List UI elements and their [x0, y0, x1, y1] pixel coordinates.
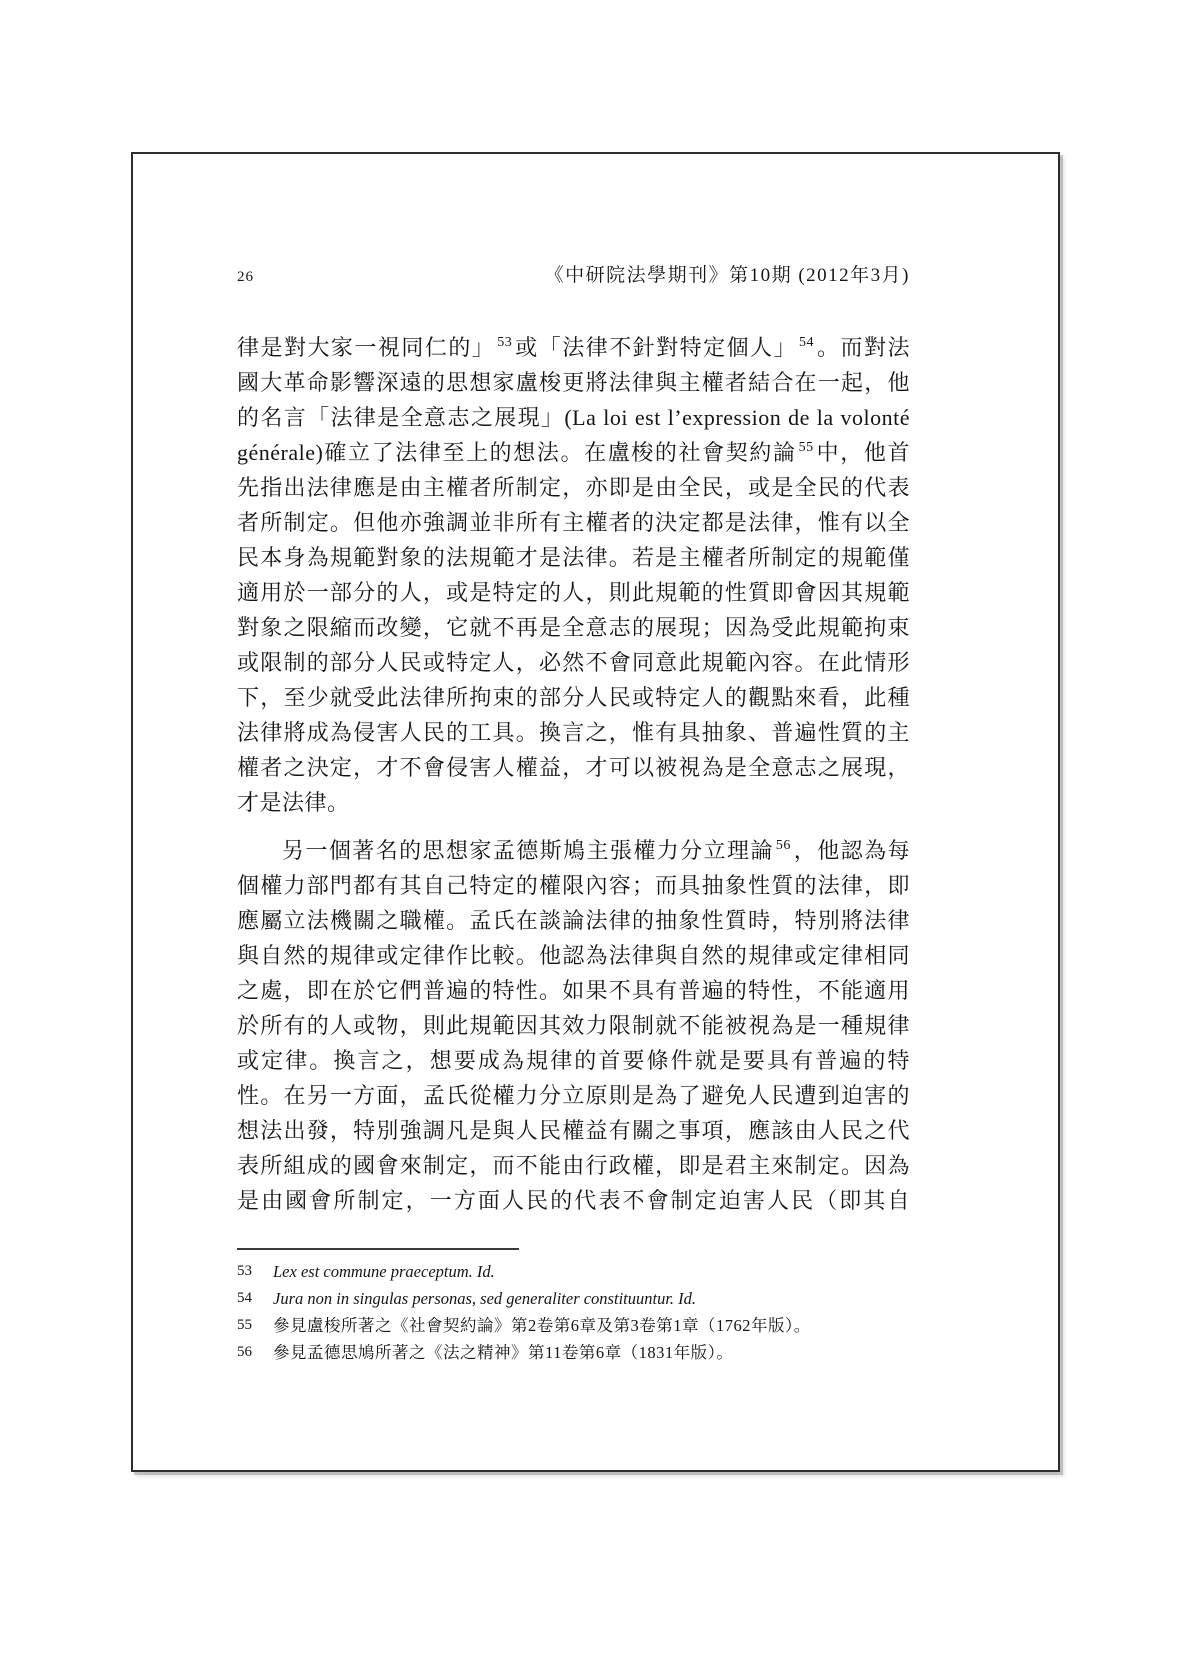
paragraph: 律是對大家一視同仁的」53或「法律不針對特定個人」54。而對法國大革命影響深遠的… [237, 330, 910, 820]
body-line: 表所組成的國會來制定，而不能由行政權，即是君主來制定。因為 [237, 1148, 910, 1183]
body-line: 是由國會所制定，一方面人民的代表不會制定迫害人民（即其自 [237, 1183, 910, 1218]
body-text-segment: 對象之限縮而改變，它就不再是全意志的展現；因為受此規範拘束 [237, 615, 910, 640]
body-text-segment: 民本身為規範對象的法規範才是法律。若是主權者所制定的規範僅 [237, 545, 910, 570]
body-text-segment: 表所組成的國會來制定，而不能由行政權，即是君主來制定。因為 [237, 1153, 910, 1178]
body-text-segment: 。而對法 [816, 335, 910, 360]
body-line: 適用於一部分的人，或是特定的人，則此規範的性質即會因其規範 [237, 575, 910, 610]
body-line: 者所制定。但他亦強調並非所有主權者的決定都是法律，惟有以全 [237, 505, 910, 540]
body-text-segment: 另一個著名的思想家孟德斯鳩主張權力分立理論 [282, 838, 774, 863]
body-line: 應屬立法機關之職權。孟氏在談論法律的抽象性質時，特別將法律 [237, 903, 910, 938]
body-text-segment: 先指出法律應是由主權者所制定，亦即是由全民，或是全民的代表 [237, 475, 910, 500]
body-text-segment: générale)確立了法律至上的想法。在盧梭的社會契約論 [237, 440, 797, 465]
footnote-number: 56 [237, 1339, 273, 1366]
footnote-text: 參見盧梭所著之《社會契約論》第2卷第6章及第3卷第1章（1762年版）。 [273, 1312, 927, 1339]
body-text-segment: 於所有的人或物，則此規範因其效力限制就不能被視為是一種規律 [237, 1013, 910, 1038]
footnote-ref: 56 [774, 838, 793, 853]
body-line: 才是法律。 [237, 785, 910, 820]
body-line: 性。在另一方面，孟氏從權力分立原則是為了避免人民遭到迫害的 [237, 1078, 910, 1113]
body-line: 另一個著名的思想家孟德斯鳩主張權力分立理論56，他認為每 [237, 833, 910, 868]
body-text-segment: 是由國會所制定，一方面人民的代表不會制定迫害人民（即其自 [237, 1188, 910, 1213]
body-text-segment: 與自然的規律或定律作比較。他認為法律與自然的規律或定律相同 [237, 943, 910, 968]
footnote-list: 53Lex est commune praeceptum. Id.54Jura … [237, 1258, 927, 1366]
page: 26 《中研院法學期刊》第10期 (2012年3月) 律是對大家一視同仁的」53… [131, 152, 1060, 1472]
body-text-segment: 律是對大家一視同仁的」 [237, 335, 495, 360]
body-line: 權者之決定，才不會侵害人權益，才可以被視為是全意志之展現， [237, 750, 910, 785]
body-text-segment: 或限制的部分人民或特定人，必然不會同意此規範內容。在此情形 [237, 650, 910, 675]
body-text-segment: ，他認為每 [793, 838, 910, 863]
body-text-segment: 性。在另一方面，孟氏從權力分立原則是為了避免人民遭到迫害的 [237, 1083, 910, 1108]
body-line: 與自然的規律或定律作比較。他認為法律與自然的規律或定律相同 [237, 938, 910, 973]
body-text-segment: 的名言「法律是全意志之展現」(La loi est l’expression d… [237, 405, 910, 430]
footnote-ref: 55 [797, 440, 816, 455]
footnote-ref: 53 [495, 335, 514, 350]
footnote-item: 56參見孟德思鳩所著之《法之精神》第11卷第6章（1831年版）。 [237, 1339, 927, 1366]
body-text-segment: 適用於一部分的人，或是特定的人，則此規範的性質即會因其規範 [237, 580, 910, 605]
body-line: 想法出發，特別強調凡是與人民權益有關之事項，應該由人民之代 [237, 1113, 910, 1148]
body-line: 先指出法律應是由主權者所制定，亦即是由全民，或是全民的代表 [237, 470, 910, 505]
footnote-number: 55 [237, 1312, 273, 1339]
footnote-separator [237, 1248, 519, 1250]
footnote-item: 55參見盧梭所著之《社會契約論》第2卷第6章及第3卷第1章（1762年版）。 [237, 1312, 927, 1339]
text-body: 律是對大家一視同仁的」53或「法律不針對特定個人」54。而對法國大革命影響深遠的… [237, 330, 910, 1218]
journal-title: 《中研院法學期刊》第10期 (2012年3月) [545, 260, 910, 287]
page-number: 26 [237, 269, 254, 286]
body-line: 或定律。換言之，想要成為規律的首要條件就是要具有普遍的特 [237, 1043, 910, 1078]
footnote-item: 53Lex est commune praeceptum. Id. [237, 1258, 927, 1285]
body-text-segment: 中，他首 [816, 440, 910, 465]
footnote-ref: 54 [797, 335, 816, 350]
body-text-segment: 下，至少就受此法律所拘束的部分人民或特定人的觀點來看，此種 [237, 685, 910, 710]
body-text-segment: 應屬立法機關之職權。孟氏在談論法律的抽象性質時，特別將法律 [237, 908, 910, 933]
body-line: 或限制的部分人民或特定人，必然不會同意此規範內容。在此情形 [237, 645, 910, 680]
body-line: 律是對大家一視同仁的」53或「法律不針對特定個人」54。而對法 [237, 330, 910, 365]
body-line: 法律將成為侵害人民的工具。換言之，惟有具抽象、普遍性質的主 [237, 715, 910, 750]
body-text-segment: 個權力部門都有其自己特定的權限內容；而具抽象性質的法律，即 [237, 873, 910, 898]
body-text-segment: 者所制定。但他亦強調並非所有主權者的決定都是法律，惟有以全 [237, 510, 910, 535]
body-text-segment: 權者之決定，才不會侵害人權益，才可以被視為是全意志之展現， [237, 755, 910, 780]
body-text-segment: 想法出發，特別強調凡是與人民權益有關之事項，應該由人民之代 [237, 1118, 910, 1143]
body-text-segment: 或「法律不針對特定個人」 [514, 335, 797, 360]
body-line: 於所有的人或物，則此規範因其效力限制就不能被視為是一種規律 [237, 1008, 910, 1043]
footnote-number: 54 [237, 1285, 273, 1312]
body-line: 對象之限縮而改變，它就不再是全意志的展現；因為受此規範拘束 [237, 610, 910, 645]
footnote-number: 53 [237, 1258, 273, 1285]
body-line: 民本身為規範對象的法規範才是法律。若是主權者所制定的規範僅 [237, 540, 910, 575]
body-text-segment: 之處，即在於它們普遍的特性。如果不具有普遍的特性，不能適用 [237, 978, 910, 1003]
body-text-segment: 或定律。換言之，想要成為規律的首要條件就是要具有普遍的特 [237, 1048, 910, 1073]
footnote-text: Lex est commune praeceptum. Id. [273, 1258, 927, 1285]
body-line: 個權力部門都有其自己特定的權限內容；而具抽象性質的法律，即 [237, 868, 910, 903]
document-canvas: 26 《中研院法學期刊》第10期 (2012年3月) 律是對大家一視同仁的」53… [0, 0, 1177, 1664]
body-text-segment: 國大革命影響深遠的思想家盧梭更將法律與主權者結合在一起，他 [237, 370, 910, 395]
body-text-segment: 才是法律。 [237, 790, 350, 815]
footnote-text: Jura non in singulas personas, sed gener… [273, 1285, 927, 1312]
page-header: 26 《中研院法學期刊》第10期 (2012年3月) [237, 260, 910, 287]
body-line: générale)確立了法律至上的想法。在盧梭的社會契約論55中，他首 [237, 435, 910, 470]
body-text-segment: 法律將成為侵害人民的工具。換言之，惟有具抽象、普遍性質的主 [237, 720, 910, 745]
paragraph: 另一個著名的思想家孟德斯鳩主張權力分立理論56，他認為每個權力部門都有其自己特定… [237, 833, 910, 1218]
body-line: 的名言「法律是全意志之展現」(La loi est l’expression d… [237, 400, 910, 435]
body-line: 國大革命影響深遠的思想家盧梭更將法律與主權者結合在一起，他 [237, 365, 910, 400]
body-line: 之處，即在於它們普遍的特性。如果不具有普遍的特性，不能適用 [237, 973, 910, 1008]
body-line: 下，至少就受此法律所拘束的部分人民或特定人的觀點來看，此種 [237, 680, 910, 715]
footnote-text: 參見孟德思鳩所著之《法之精神》第11卷第6章（1831年版）。 [273, 1339, 927, 1366]
footnote-item: 54Jura non in singulas personas, sed gen… [237, 1285, 927, 1312]
